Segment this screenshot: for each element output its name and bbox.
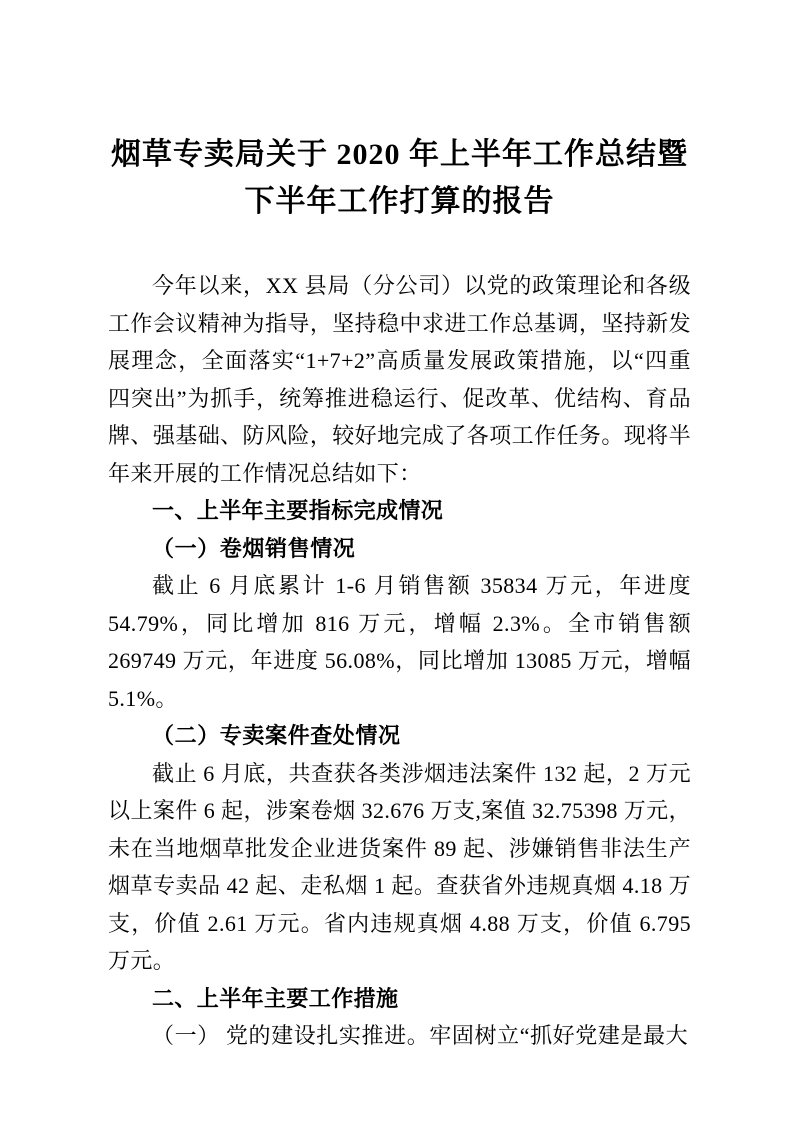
document-title: 烟草专卖局关于 2020 年上半年工作总结暨 下半年工作打算的报告 bbox=[108, 131, 691, 225]
paragraph-party-building: （一） 党的建设扎实推进。牢固树立“抓好党建是最大 bbox=[108, 1017, 691, 1055]
subsection-heading-1-2: （二）专卖案件查处情况 bbox=[108, 717, 691, 755]
title-line-1: 烟草专卖局关于 2020 年上半年工作总结暨 bbox=[108, 131, 691, 178]
paragraph-intro: 今年以来，XX 县局（分公司）以党的政策理论和各级工作会议精神为指导，坚持稳中求… bbox=[108, 267, 691, 492]
paragraph-sales: 截止 6 月底累计 1-6 月销售额 35834 万元，年进度 54.79%，同… bbox=[108, 567, 691, 717]
document-body: 今年以来，XX 县局（分公司）以党的政策理论和各级工作会议精神为指导，坚持稳中求… bbox=[108, 267, 691, 1055]
section-heading-2: 二、上半年主要工作措施 bbox=[108, 980, 691, 1018]
paragraph-cases: 截止 6 月底，共查获各类涉烟违法案件 132 起，2 万元以上案件 6 起，涉… bbox=[108, 755, 691, 980]
document-page: 烟草专卖局关于 2020 年上半年工作总结暨 下半年工作打算的报告 今年以来，X… bbox=[0, 0, 793, 1122]
subsection-heading-1-1: （一）卷烟销售情况 bbox=[108, 530, 691, 568]
title-line-2: 下半年工作打算的报告 bbox=[108, 178, 691, 225]
section-heading-1: 一、上半年主要指标完成情况 bbox=[108, 492, 691, 530]
